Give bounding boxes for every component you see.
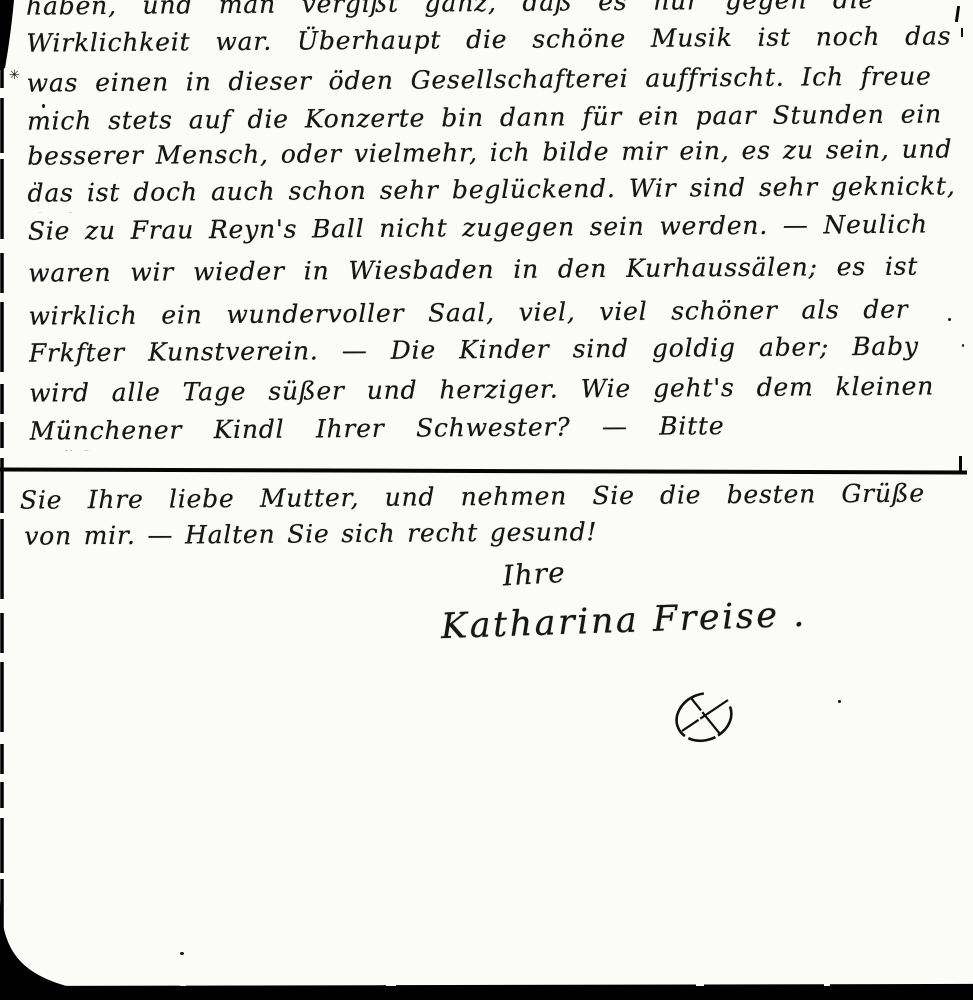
letter-closing: Ihre	[502, 556, 567, 593]
handwritten-line: Wirklichkeit war. Überhaupt die schöne M…	[26, 21, 951, 62]
handwritten-line: das ist doch auch schon sehr beglückend.…	[27, 171, 955, 212]
handwritten-line: Sie Ihre liebe Mutter, und nehmen Sie di…	[20, 479, 925, 520]
rule-end-tick	[959, 456, 962, 472]
scan-speck	[948, 318, 951, 321]
scan-speck	[180, 952, 184, 955]
handwritten-line: wirklich ein wundervoller Saal, viel, vi…	[28, 295, 908, 336]
edge-mark	[961, 28, 963, 37]
handwritten-line: wird alle Tage süßer und herziger. Wie g…	[29, 371, 934, 412]
handwritten-line: was einen in dieser öden Gesellschaftere…	[27, 61, 932, 102]
scan-speck	[34, 182, 36, 185]
handwritten-line: Münchener Kindl Ihrer Schwester? — Bitte…	[29, 411, 724, 450]
handwritten-line: Frkfter Kunstverein. — Die Kinder sind g…	[29, 332, 919, 373]
handwritten-line: Sie zu Frau Reyn's Ball nicht zugegen se…	[28, 210, 928, 251]
handwritten-line: haben, und man vergißt ganz, daß es nur …	[26, 0, 874, 26]
handwritten-line: besserer Mensch, oder vielmehr, ich bild…	[27, 134, 952, 175]
handwritten-line: waren wir wieder in Wiesbaden in den Kur…	[28, 252, 918, 293]
margin-mark-icon: ✳	[9, 68, 20, 83]
letter-body: haben, und man vergißt ganz, daß es nur …	[0, 0, 973, 1000]
letter-signature: Katharina Freise .	[440, 595, 807, 647]
handwritten-line: von mir. — Halten Sie sich recht gesund!	[24, 517, 569, 551]
scan-speck	[838, 700, 841, 703]
scan-speck	[42, 104, 45, 108]
scan-speck	[962, 344, 964, 347]
letter-page: haben, und man vergißt ganz, daß es nur …	[0, 0, 973, 1000]
handwritten-line: mich stets auf die Konzerte bin dann für…	[27, 99, 942, 140]
circled-x-stamp-icon	[666, 684, 744, 750]
